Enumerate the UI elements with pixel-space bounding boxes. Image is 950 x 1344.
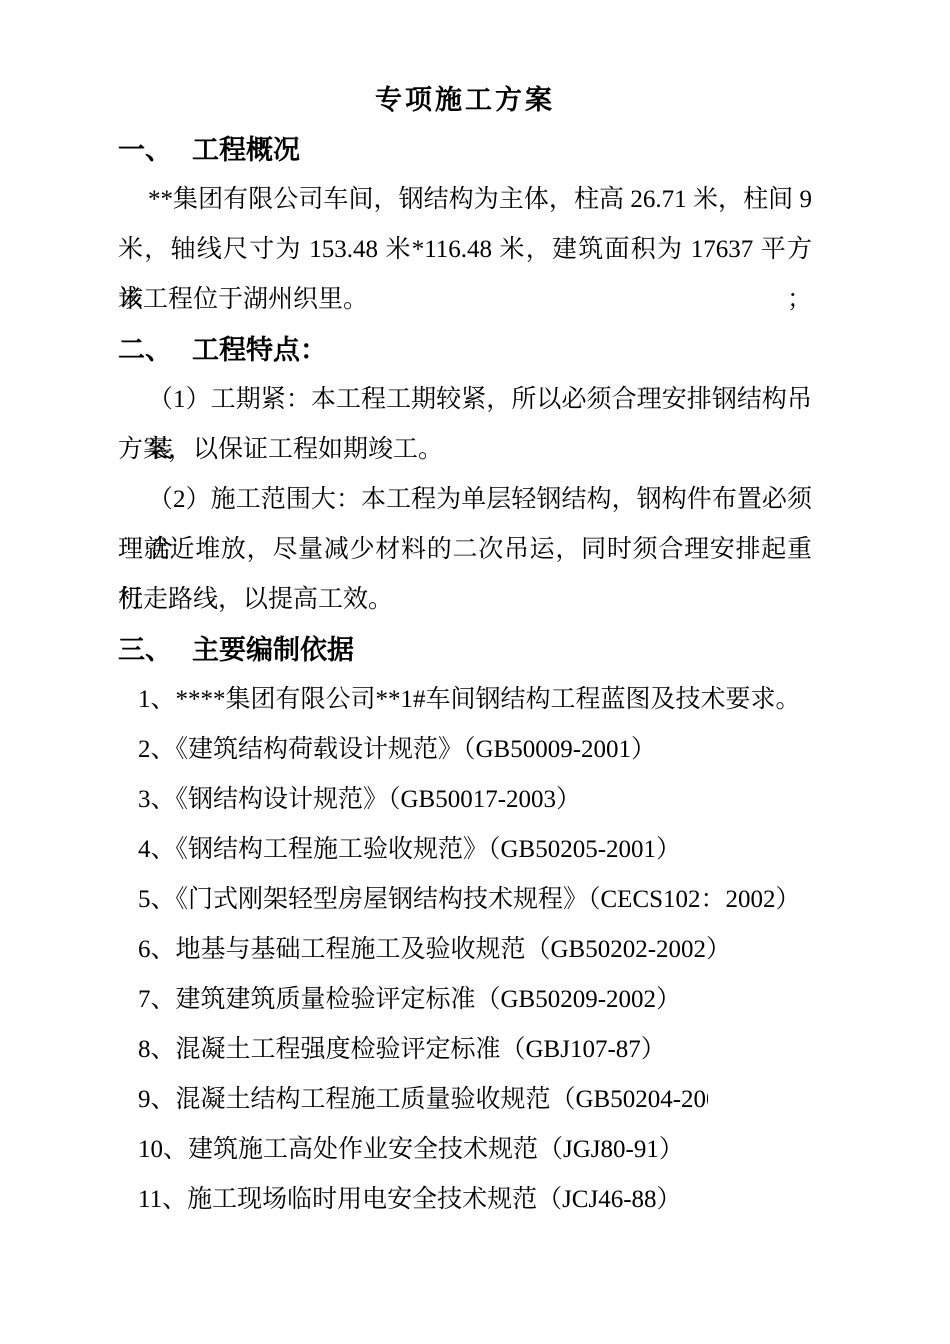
reference-item-11: 11、施工现场临时用电安全技术规范（JCJ46-88） <box>118 1175 812 1225</box>
section-3-heading: 三、主要编制依据 <box>118 625 812 675</box>
feature-2-line-3: 行走路线，以提高工效。 <box>118 575 812 625</box>
section-1-heading: 一、工程概况 <box>118 125 812 175</box>
section-3-number: 三、 <box>118 635 172 665</box>
overview-line-1: **集团有限公司车间，钢结构为主体，柱高 26.71 米，柱间 9 <box>118 175 812 225</box>
reference-item-4: 4、《钢结构工程施工验收规范》（GB50205-2001） <box>118 825 812 875</box>
feature-1-line-2: 方案，以保证工程如期竣工。 <box>118 425 812 475</box>
overview-line-2: 米，轴线尺寸为 153.48 米*116.48 米，建筑面积为 17637 平方… <box>118 225 812 275</box>
page-title: 专项施工方案 <box>118 75 812 125</box>
feature-2-line-2: 理就近堆放，尽量减少材料的二次吊运，同时须合理安排起重机 <box>118 525 812 575</box>
section-2-number: 二、 <box>118 335 172 365</box>
document-page: 专项施工方案 一、工程概况 **集团有限公司车间，钢结构为主体，柱高 26.71… <box>0 0 950 1344</box>
section-2-title: 工程特点： <box>192 335 327 365</box>
section-3-title: 主要编制依据 <box>192 635 354 665</box>
reference-item-2: 2、《建筑结构荷载设计规范》（GB50009-2001） <box>118 725 812 775</box>
reference-item-10: 10、建筑施工高处作业安全技术规范（JGJ80-91） <box>118 1125 812 1175</box>
reference-item-8: 8、混凝土工程强度检验评定标准（GBJ107-87） <box>118 1025 812 1075</box>
reference-item-9: 9、混凝土结构工程施工质量验收规范（GB50204-2002 <box>118 1075 708 1125</box>
section-1-number: 一、 <box>118 135 172 165</box>
feature-2-line-1: （2）施工范围大：本工程为单层轻钢结构，钢构件布置必须合 <box>118 475 812 525</box>
reference-item-7: 7、建筑建筑质量检验评定标准（GB50209-2002） <box>118 975 812 1025</box>
feature-1-line-1: （1）工期紧：本工程工期较紧，所以必须合理安排钢结构吊装 <box>118 375 812 425</box>
reference-item-5: 5、《门式刚架轻型房屋钢结构技术规程》（CECS102：2002） <box>118 875 812 925</box>
reference-item-6: 6、地基与基础工程施工及验收规范（GB50202-2002） <box>118 925 812 975</box>
reference-item-1: 1、****集团有限公司**1#车间钢结构工程蓝图及技术要求。 <box>118 675 812 725</box>
section-1-title: 工程概况 <box>192 135 300 165</box>
section-2-heading: 二、工程特点： <box>118 325 812 375</box>
reference-item-3: 3、《钢结构设计规范》（GB50017-2003） <box>118 775 812 825</box>
